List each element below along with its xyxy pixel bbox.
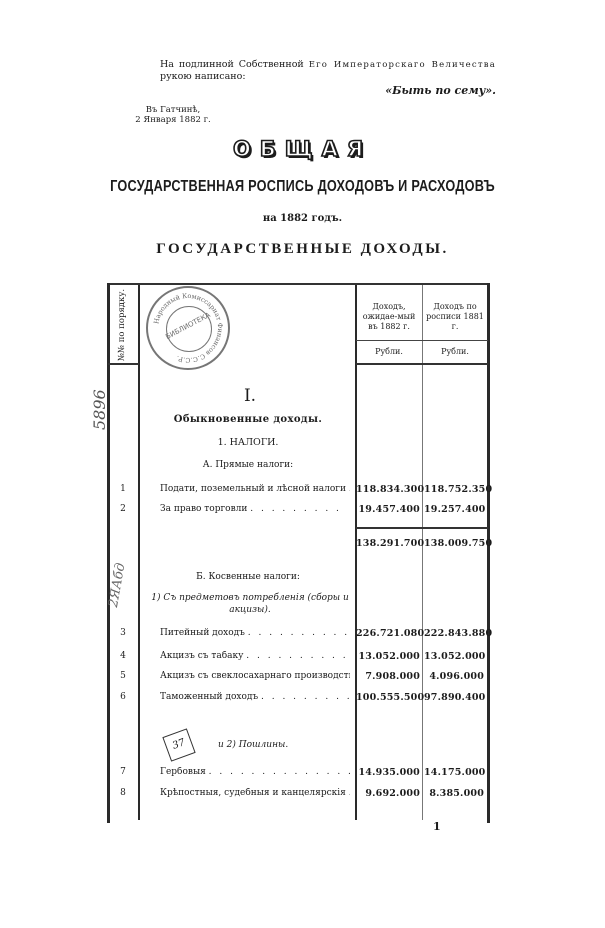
value-1881: 118.752.350 [424, 484, 484, 495]
value-1881: 19.257.400 [424, 504, 484, 515]
value-1881: 4.096.000 [424, 671, 484, 682]
indirect-taxes-heading: Б. Косвенные налоги: [140, 572, 356, 582]
row-label-text: Таможенный доходъ [160, 692, 258, 702]
value-1881: 13.052.000 [424, 651, 484, 662]
row-leader-dots: . . [349, 484, 350, 494]
row-label: Гербовыя . . . . . . . . . . . . . . [160, 767, 350, 777]
row-label: Акцизъ съ свеклосахарнаго производства . [160, 671, 350, 681]
place-date: Въ Гатчинѣ, 2 Января 1882 г. [128, 105, 218, 125]
row-number: 4 [108, 651, 138, 661]
row-leader-dots: . . . . . . . . . [261, 692, 350, 702]
row-leader-dots: . . . . . . . . . . . . . . [209, 767, 350, 777]
intro-text-imperial: Его Императорскаго Величества [309, 60, 496, 70]
row-number: 7 [108, 767, 138, 777]
value-1882: 14.935.000 [356, 767, 420, 778]
section-title: ГОСУДАРСТВЕННЫЕ ДОХОДЫ. [0, 241, 605, 258]
value-1882: 19.457.400 [356, 504, 420, 515]
handwritten-inventory-number: 5896 [90, 389, 109, 430]
direct-taxes-heading: А. Прямые налоги: [140, 460, 356, 470]
row-label: Таможенный доходъ . . . . . . . . . [160, 692, 350, 702]
row-label: За право торговли . . . . . . . . . [160, 504, 350, 514]
column-unit-1882: Рубли. [358, 347, 420, 357]
row-number: 3 [108, 628, 138, 638]
row-label: Подати, поземельный и лѣсной налоги . . [160, 484, 350, 494]
part-number: I. [180, 386, 320, 406]
library-stamp: Народный Комиссариат Финансов С.С.С.Р. Б… [146, 286, 230, 370]
row-leader-dots: . . . . . . . . . . [248, 628, 350, 638]
table-border-mid-col [422, 285, 423, 820]
subtotal-1881: 138.009.750 [424, 538, 484, 549]
main-title: ОБЩАЯ [0, 137, 605, 161]
column-header-1882: Доходъ, ожидае-мый въ 1882 г. [358, 302, 420, 332]
subtotal-divider [356, 527, 488, 529]
value-1882: 13.052.000 [356, 651, 420, 662]
row-number: 6 [108, 692, 138, 702]
duties-heading: и 2) Пошлины. [218, 740, 288, 750]
column-header-1881: Доходъ по росписи 1881 г. [425, 302, 485, 332]
intro-text: На подлинной Собственной Его Императорск… [160, 59, 496, 82]
row-label-text: За право торговли [160, 504, 247, 514]
approval-text: «Быть по сему». [340, 84, 496, 97]
row-label-text: Акцизъ съ табаку [160, 651, 243, 661]
row-number: 1 [108, 484, 138, 494]
subtitle: ГОСУДАРСТВЕННАЯ РОСПИСЬ ДОХОДОВЪ И РАСХО… [54, 178, 550, 196]
row-leader-dots: . . . . . . . . . [250, 504, 341, 514]
part-title: Обыкновенные доходы. [140, 414, 356, 425]
value-1881: 97.890.400 [424, 692, 484, 703]
column-unit-1881: Рубли. [425, 347, 485, 357]
row-leader-dots: . . . . . . . . . . [246, 651, 348, 661]
value-1882: 9.692.000 [356, 788, 420, 799]
value-1882: 226.721.080 [356, 628, 420, 639]
header-divider [356, 340, 488, 341]
row-number: 8 [108, 788, 138, 798]
value-1881: 8.385.000 [424, 788, 484, 799]
header-bottom [356, 363, 488, 365]
row-number: 5 [108, 671, 138, 681]
intro-text-part: рукою написано: [160, 71, 246, 82]
value-1881: 14.175.000 [424, 767, 484, 778]
row-label-text: Питейный доходъ [160, 628, 245, 638]
row-label-text: Подати, поземельный и лѣсной налоги [160, 484, 346, 494]
table-border-label-col [355, 285, 357, 820]
table-border-number-col [138, 285, 140, 820]
value-1882: 100.555.500 [356, 692, 420, 703]
row-label-text: Крѣпостныя, судебныя и канцелярскія [160, 788, 346, 798]
intro-text-part: На подлинной Собственной [160, 59, 309, 70]
year-label: на 1882 годъ. [0, 213, 605, 224]
row-label-text: Гербовыя [160, 767, 206, 777]
consumption-heading: 1) Съ предметовъ потребленія (сборы и ак… [150, 592, 350, 616]
row-label: Крѣпостныя, судебныя и канцелярскія . . [160, 788, 350, 798]
date: 2 Января 1882 г. [128, 115, 218, 125]
value-1882: 118.834.300 [356, 484, 420, 495]
page-number: 1 [433, 820, 441, 833]
subtotal-1882: 138.291.700 [356, 538, 420, 549]
row-label: Акцизъ съ табаку . . . . . . . . . . [160, 651, 350, 661]
category-title: 1. НАЛОГИ. [140, 437, 356, 448]
value-1881: 222.843.880 [424, 628, 484, 639]
row-label-text: Акцизъ съ свеклосахарнаго производства [160, 671, 350, 681]
value-1882: 7.908.000 [356, 671, 420, 682]
row-leader-dots: . . [349, 788, 350, 798]
row-label: Питейный доходъ . . . . . . . . . . [160, 628, 350, 638]
place: Въ Гатчинѣ, [128, 105, 218, 115]
column-header-number-text: №№ по порядку. [117, 289, 127, 361]
row-number: 2 [108, 504, 138, 514]
column-header-number: №№ по порядку. [108, 285, 136, 365]
